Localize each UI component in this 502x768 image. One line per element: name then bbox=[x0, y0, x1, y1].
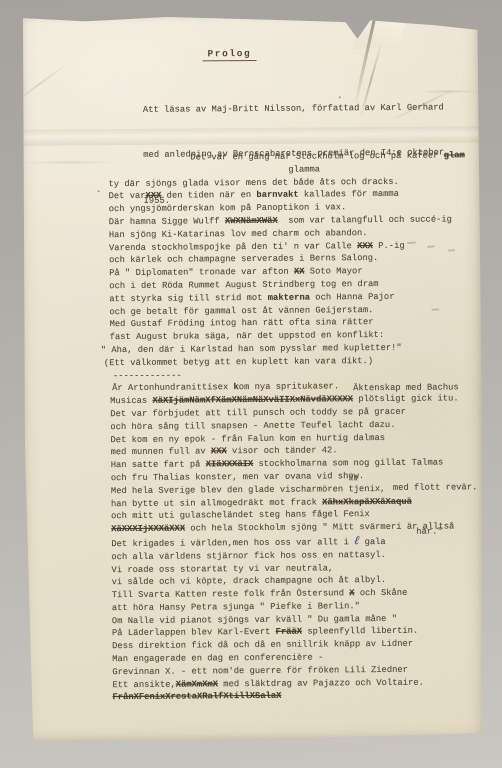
typed-text: Det var bbox=[109, 191, 146, 201]
typed-text: Där hamna Sigge Wulff bbox=[109, 216, 225, 227]
torn-corner-flap bbox=[349, 12, 405, 48]
text-line: Det var en gång när Stockholm log och på… bbox=[190, 149, 465, 164]
typed-text: Med hela Sverige blev den glade vischarm… bbox=[111, 484, 386, 496]
typed-text: Dess direktion fick då och då en snillri… bbox=[112, 639, 413, 651]
struck-text: FrånXFenixXrestaXRalfXtillXSalaX bbox=[112, 691, 281, 702]
typed-text: Vi roade oss storartat ty vi var neutral… bbox=[111, 563, 333, 575]
typed-text: Till Svarta Katten reste folk från Öster… bbox=[112, 588, 350, 600]
struck-text: XXX bbox=[357, 241, 373, 251]
struck-text: glam bbox=[444, 150, 465, 160]
typed-text: År Artonhundranittisex bbox=[112, 382, 233, 393]
typed-text: gala bbox=[359, 537, 385, 547]
typed-text: att styrka sig till strid mot bbox=[109, 293, 267, 304]
typed-text: Det krigades i världen,men hos oss var a… bbox=[111, 537, 354, 549]
margin-note: med flott revär. bbox=[393, 482, 478, 493]
struck-text: XäXIjämNämXfXämXNämNäXväIIXxNävdäXXXXX bbox=[152, 394, 353, 406]
typescript-body: Det var en gång när Stockholm log och på… bbox=[108, 149, 469, 704]
typed-text: han bytte ut sin allmogedräkt mot frack bbox=[111, 497, 322, 509]
typed-text: den tiden när en bbox=[161, 190, 256, 201]
typed-text: och yngsjömörderskan kom på Panoptikon i… bbox=[109, 202, 347, 214]
typed-text: Han sjöng Ki-Katarinas lov med charm och… bbox=[109, 228, 368, 240]
typed-text: barnvakt bbox=[256, 190, 298, 200]
typed-text: ------------- bbox=[113, 370, 182, 381]
struck-text: XIäXXXäIX bbox=[206, 459, 254, 469]
typed-text: och höra sång till snapsen - Anette Teuf… bbox=[110, 420, 395, 432]
struck-text: XXX bbox=[145, 191, 161, 201]
typed-text: och hela Stockholm sjöng " Mitt svärmeri… bbox=[185, 522, 454, 534]
typed-text: Han satte fart på bbox=[111, 459, 206, 470]
typed-text: ty där sjöngs glada visor mens det både … bbox=[108, 176, 398, 188]
typed-text: " Aha, den där i Karlstad han som pyssla… bbox=[101, 343, 402, 355]
typed-text: vi sålde och vi köpte, drack champagne o… bbox=[112, 575, 387, 587]
typed-text: som var talangfull och succé-ig bbox=[278, 214, 452, 225]
typed-text: och kärlek och champagne serverades i Be… bbox=[109, 253, 378, 265]
typed-text: Man engagerade en dag en conferencière - bbox=[112, 653, 323, 665]
typed-text: (Ett välkommet betyg att en kuplett kan … bbox=[104, 356, 373, 368]
struck-text: XXX bbox=[211, 447, 227, 457]
typed-text: med släktdrag av Pajazzo och Voltaire. bbox=[218, 677, 424, 689]
crease-mark bbox=[22, 161, 114, 164]
intro-line: Att läsas av Maj-Britt Nilsson, författa… bbox=[143, 101, 444, 118]
typed-text: och fru Thalias konster, men var ovana v… bbox=[111, 471, 364, 483]
paper-speck bbox=[98, 190, 100, 192]
typed-text: stockholmarna som nog gillat Talmas bbox=[253, 458, 443, 469]
margin-note: ää bbox=[349, 475, 358, 483]
typed-text: spleenfylld libertin. bbox=[302, 626, 418, 637]
document-title: Prolog bbox=[202, 48, 256, 61]
typed-text: kallades för mamma bbox=[299, 189, 399, 200]
typed-text: visor och tänder 42. bbox=[227, 446, 338, 457]
typed-text: P.-ig bbox=[373, 240, 405, 250]
struck-text: XämXmXmX bbox=[176, 679, 218, 689]
struck-text: XX bbox=[294, 267, 305, 277]
typed-text: Soto Mayor bbox=[304, 266, 362, 276]
typed-text: och Hanna Pajor bbox=[310, 292, 395, 303]
typed-text: plötsligt gick itu. bbox=[353, 394, 459, 405]
typed-text: om nya spritukaser. bbox=[239, 382, 339, 393]
crease-mark bbox=[8, 62, 69, 108]
struck-text: XähxXkapäXXäXaquä bbox=[322, 496, 412, 507]
typed-text: Det var förbjudet att till punsch och to… bbox=[110, 407, 406, 419]
typed-text: Om Nalle vid pianot sjöngs var kväll " D… bbox=[112, 614, 397, 626]
photo-backdrop: Prolog Att läsas av Maj-Britt Nilsson, f… bbox=[0, 0, 502, 768]
typed-text: och alla världens stjärnor fick hos oss … bbox=[111, 550, 386, 562]
typed-text: På " Diplomaten" tronade var afton bbox=[109, 267, 294, 278]
typed-text: och Skåne bbox=[355, 588, 408, 598]
margin-note: Äktenskap med Bachus bbox=[353, 382, 459, 393]
struck-text: XWXNämXWäX bbox=[225, 216, 278, 226]
typed-text: och ge betalt för gammal ost åt vännen G… bbox=[109, 305, 373, 317]
struck-text: FrääX bbox=[276, 627, 302, 637]
typed-text: Det var en gång när Stockholm log och på… bbox=[190, 150, 443, 162]
typed-text: fast August bruka säga, när det uppstod … bbox=[110, 330, 385, 342]
typed-text: med munnen full av bbox=[111, 447, 211, 458]
struck-text: XäXXXIjXXXäXXX bbox=[111, 524, 185, 535]
typed-text: Det kom en ny epok - från Falun kom en h… bbox=[110, 432, 385, 444]
typed-text: Med Gustaf Fröding intog han rätt ofta s… bbox=[110, 317, 374, 329]
handwritten-mark: ℓ bbox=[354, 534, 360, 547]
typed-text: och i det Röda Rummet August Strindberg … bbox=[109, 279, 378, 291]
typed-text: makterna bbox=[268, 292, 310, 302]
paper-sheet: Prolog Att läsas av Maj-Britt Nilsson, f… bbox=[21, 10, 485, 742]
margin-notes-layer: Äktenskap med Bachusäämed flott revär.hä… bbox=[21, 10, 479, 14]
typed-text: Varenda stockholmspojke på den ti' n var… bbox=[109, 241, 357, 253]
typed-text: att höra Hansy Petra sjunga " Piefke i B… bbox=[112, 601, 360, 613]
typed-text: glamma bbox=[288, 164, 320, 174]
typed-text: Musicas bbox=[110, 396, 152, 406]
margin-note: här." bbox=[416, 527, 442, 537]
typed-text: Grevinnan X. - ett nom'de guerre för frö… bbox=[112, 665, 408, 677]
typed-text: och mitt uti gulascheländet steg hans få… bbox=[111, 509, 370, 521]
typed-text: På Läderlappen blev Karl-Evert bbox=[112, 627, 276, 638]
typed-text: Ett ansikte, bbox=[112, 679, 175, 689]
text-line: FrånXFenixXrestaXRalfXtillXSalaX bbox=[112, 689, 469, 705]
